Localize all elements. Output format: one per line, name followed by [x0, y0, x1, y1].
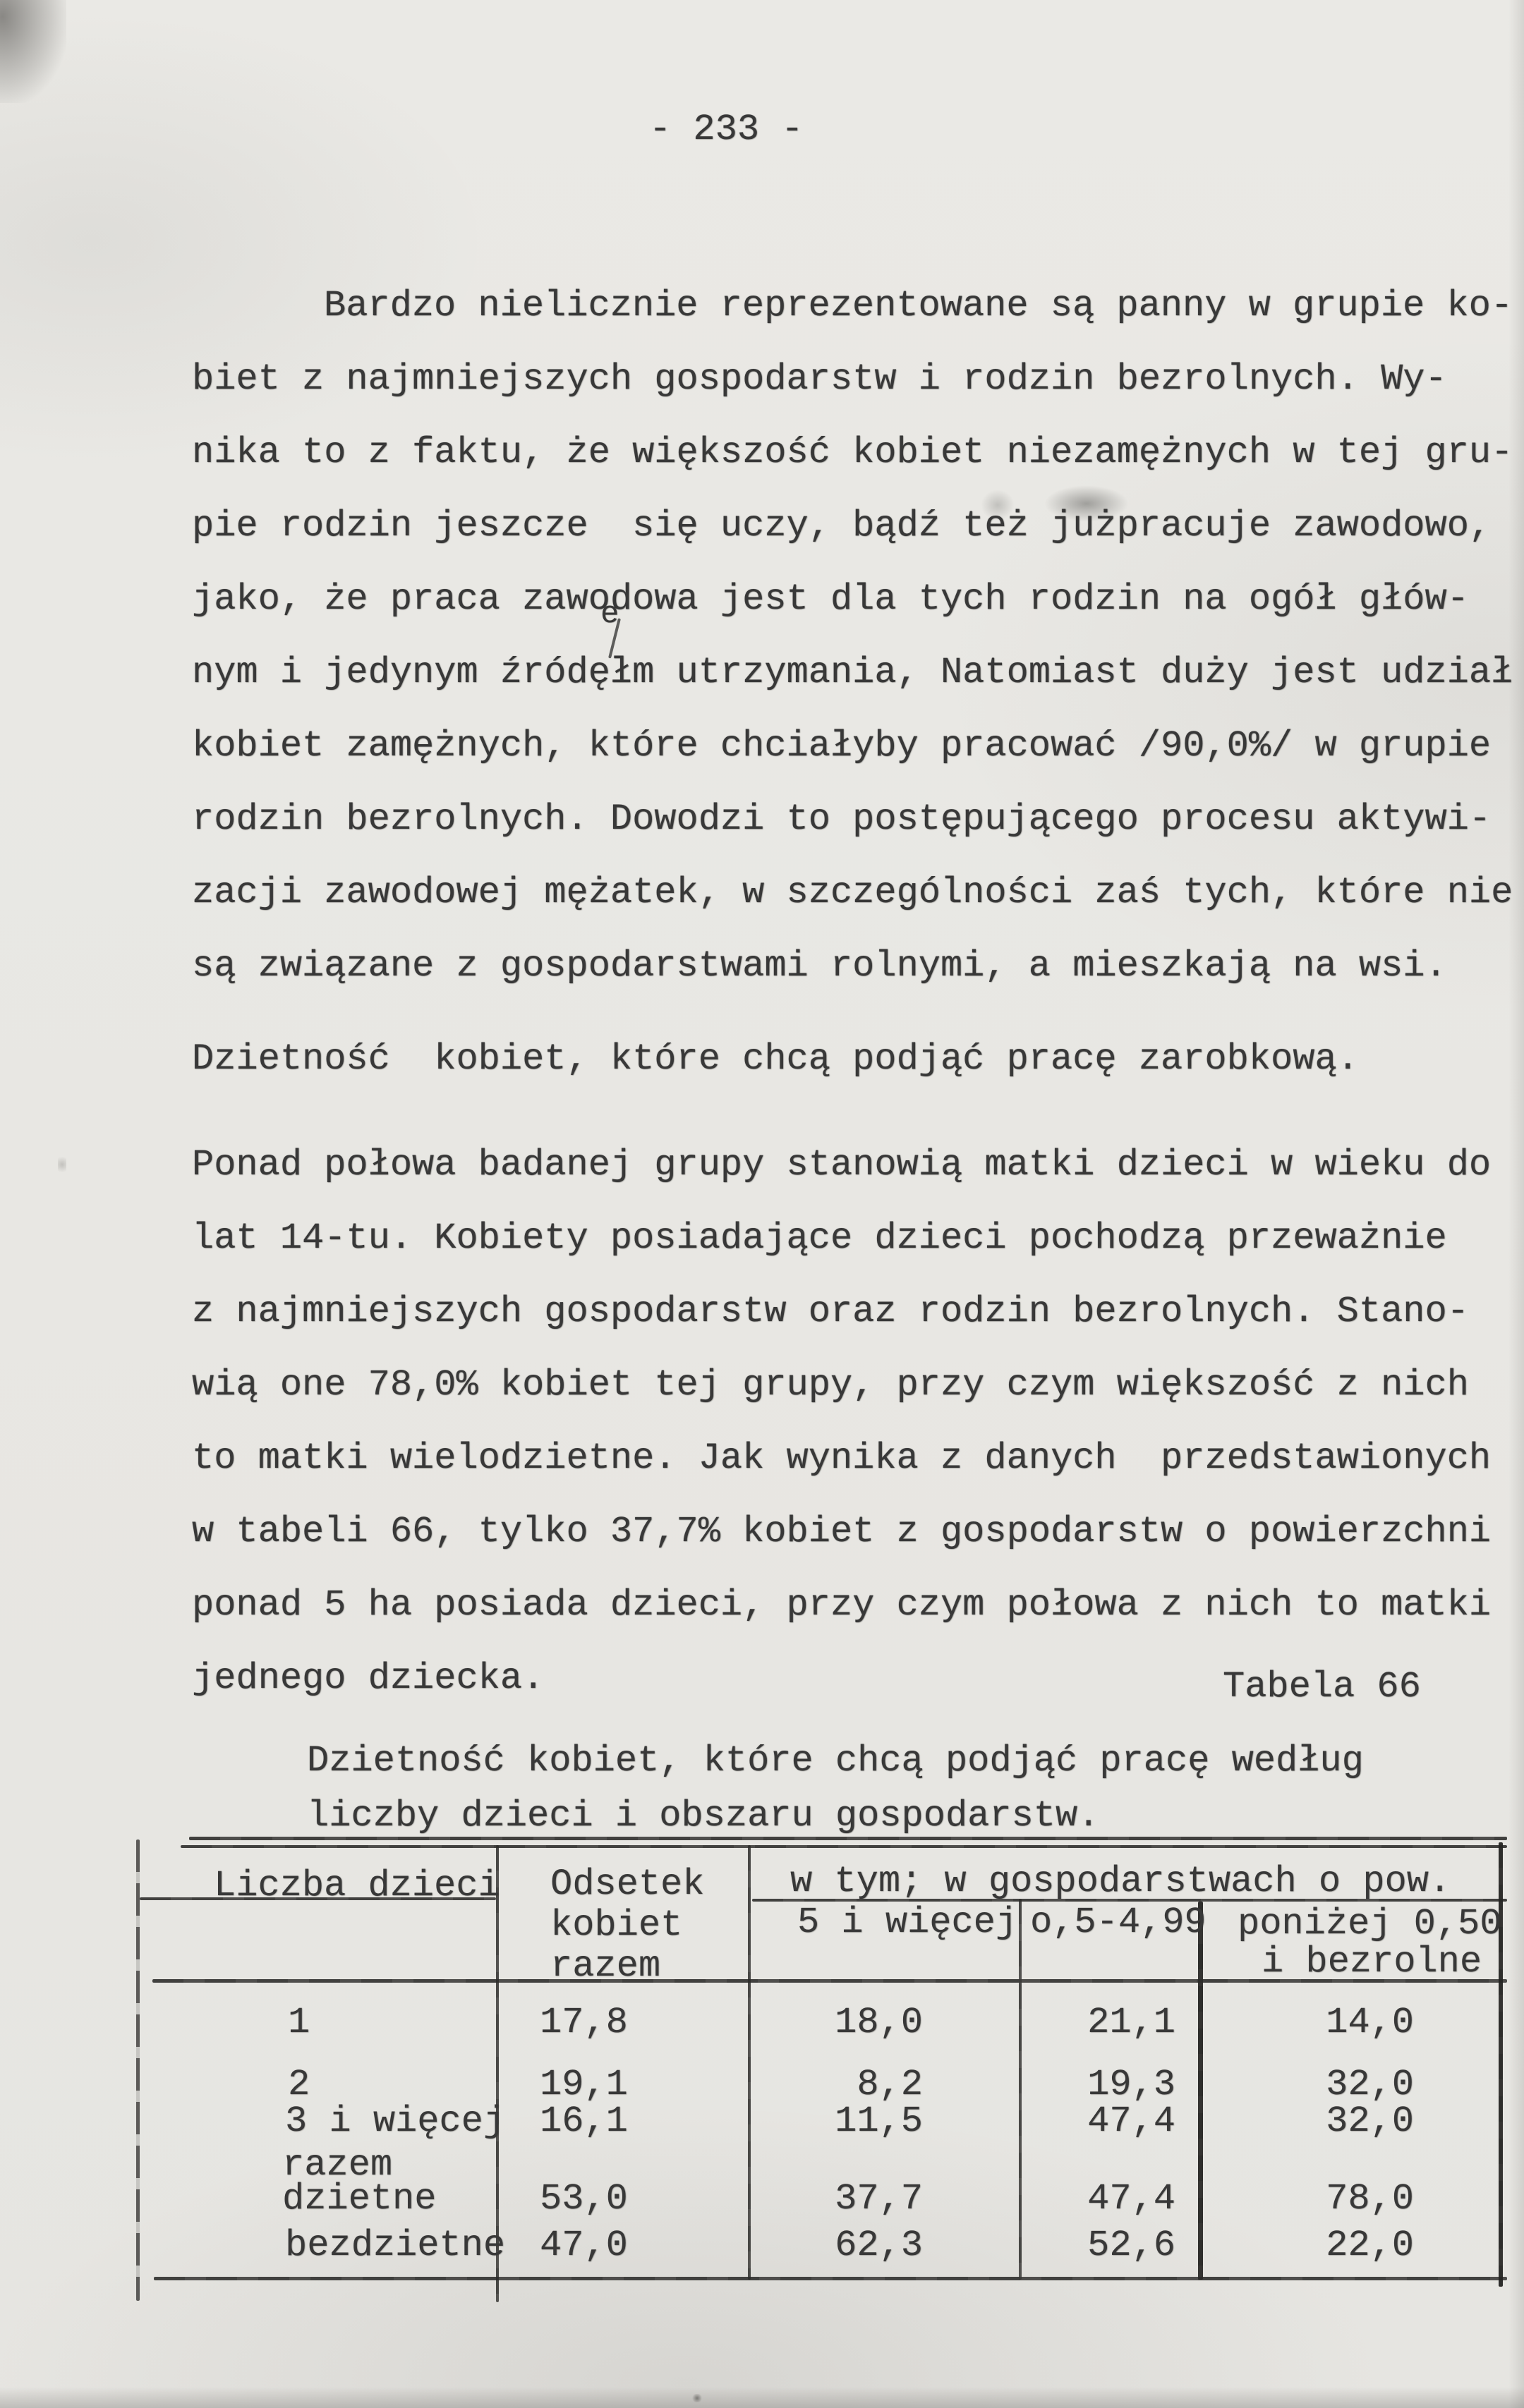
paragraph-2: Ponad połowa badanej grupy stanowią matk…	[192, 1129, 1491, 1715]
text-line: nika to z faktu, że większość kobiet nie…	[192, 416, 1513, 489]
text-line: zacji zawodowej mężatek, w szczególności…	[192, 856, 1513, 930]
cell-odsetek: 17,8	[540, 2005, 628, 2041]
cell-5ha: 8,2	[811, 2067, 923, 2103]
text-line: w tabeli 66, tylko 37,7% kobiet z gospod…	[192, 1495, 1491, 1569]
row-label: 1	[288, 2005, 310, 2041]
cell-5ha: 18,0	[811, 2005, 923, 2041]
cell-odsetek: 53,0	[540, 2181, 628, 2218]
text-line: to matki wielodzietne. Jak wynika z dany…	[192, 1422, 1491, 1495]
text-line: Bardzo nielicznie reprezentowane są pann…	[192, 269, 1513, 343]
text-line: kobiet zamężnych, które chciałyby pracow…	[192, 710, 1513, 783]
header-liczba-dzieci: Liczba dzieci	[214, 1868, 500, 1904]
scan-corner-smudge	[0, 0, 66, 103]
paragraph-1: Bardzo nielicznie reprezentowane są pann…	[192, 269, 1513, 1003]
text-line: jako, że praca zawodowa jest dla tych ro…	[192, 563, 1513, 636]
cell-bezrolne: 14,0	[1280, 2005, 1414, 2041]
text-line: poniżej 0,50	[1238, 1906, 1501, 1944]
table-left-border	[136, 1840, 140, 2301]
header-5-i-wiecej: 5 i więcej	[797, 1904, 1017, 1941]
text-line: są związane z gospodarstwami rolnymi, a …	[192, 930, 1513, 1003]
text-line: Ponad połowa badanej grupy stanowią matk…	[192, 1129, 1491, 1202]
text-line: razem	[550, 1948, 704, 1989]
table-top-rule-1	[189, 1837, 1507, 1840]
text-line: wią one 78,0% kobiet tej grupy, przy czy…	[192, 1349, 1491, 1422]
subcol1-separator	[1019, 1899, 1022, 2280]
subcol2-separator	[1198, 1902, 1203, 2280]
cell-05-499: 21,1	[1058, 2005, 1175, 2041]
cell-05-499: 19,3	[1058, 2067, 1175, 2103]
header-05-499: o,5-4,99	[1030, 1904, 1206, 1941]
cell-odsetek: 16,1	[540, 2103, 628, 2140]
ink-speck	[691, 2394, 703, 2402]
cell-bezrolne: 22,0	[1280, 2227, 1414, 2264]
text-line: i bezrolne	[1238, 1944, 1501, 1982]
scanned-page: - 233 - Bardzo nielicznie reprezentowane…	[0, 0, 1524, 2408]
text-line: biet z najmniejszych gospodarstw i rodzi…	[192, 343, 1513, 416]
cell-5ha: 37,7	[811, 2181, 923, 2218]
row-label: dzietne	[282, 2181, 436, 2218]
header-ponizej-050-bezrolne: poniżej 0,50i bezrolne	[1238, 1906, 1501, 1982]
cell-05-499: 52,6	[1058, 2227, 1175, 2264]
scan-bottom-edge-shadow	[0, 2387, 1524, 2408]
text-line: kobiet	[550, 1907, 704, 1948]
header-group-w-tym: w tym; w gospodarstwach o pow.	[790, 1863, 1451, 1900]
table-caption: Dzietność kobiet, które chcą podjąć prac…	[307, 1734, 1364, 1844]
cell-05-499: 47,4	[1058, 2181, 1175, 2218]
cell-bezrolne: 78,0	[1280, 2181, 1414, 2218]
section-heading: Dzietność kobiet, które chcą podjąć prac…	[192, 1038, 1359, 1081]
text-line: z najmniejszych gospodarstw oraz rodzin …	[192, 1275, 1491, 1349]
text-line: ponad 5 ha posiada dzieci, przy czym poł…	[192, 1569, 1491, 1642]
cell-bezrolne: 32,0	[1280, 2103, 1414, 2140]
cell-odsetek: 19,1	[540, 2067, 628, 2103]
text-line: Dzietność kobiet, które chcą podjąć prac…	[307, 1734, 1364, 1789]
text-line: liczby dzieci i obszaru gospodarstw.	[307, 1789, 1364, 1844]
text-line: Odsetek	[550, 1866, 704, 1907]
text-line: nym i jedynym źródęłm utrzymania, Natomi…	[192, 636, 1513, 710]
text-line: lat 14-tu. Kobiety posiadające dzieci po…	[192, 1202, 1491, 1275]
cell-5ha: 62,3	[811, 2227, 923, 2264]
table-label: Tabela 66	[1223, 1669, 1421, 1705]
cell-bezrolne: 32,0	[1280, 2067, 1414, 2103]
cell-5ha: 11,5	[811, 2103, 923, 2140]
page-number: - 233 -	[649, 111, 803, 148]
row-label: 2	[288, 2067, 310, 2103]
table-bottom-rule	[154, 2277, 1507, 2280]
header-odsetek-kobiet-razem: Odsetekkobietrazem	[550, 1866, 704, 1989]
text-line: rodzin bezrolnych. Dowodzi to postępując…	[192, 783, 1513, 856]
ink-speck	[58, 1154, 66, 1175]
cell-05-499: 47,4	[1058, 2103, 1175, 2140]
text-line: pie rodzin jeszcze się uczy, bądź też ju…	[192, 489, 1513, 563]
row-label: bezdzietne	[285, 2227, 505, 2264]
cell-odsetek: 47,0	[540, 2227, 628, 2264]
table-top-rule-2	[181, 1845, 1507, 1848]
row-label: 3 i więcej	[285, 2103, 505, 2140]
col2-separator	[748, 1845, 751, 2280]
